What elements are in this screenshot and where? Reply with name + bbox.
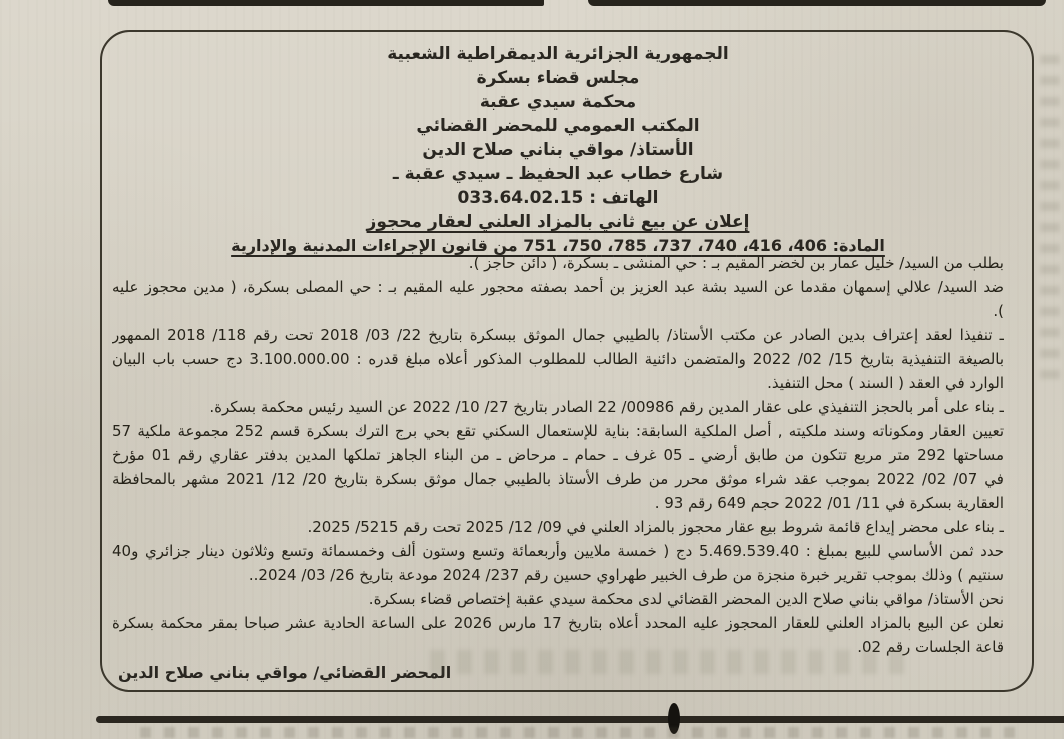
signature: المحضر القضائي/ مواقي بناني صلاح الدين	[112, 661, 1004, 685]
print-bleed-bottom	[140, 727, 1020, 738]
column-rule	[96, 716, 1064, 723]
adjacent-ad-border-left	[108, 0, 544, 6]
body-line: العقارية بسكرة في 11/ 01/ 2022 حجم 649 ر…	[112, 491, 1004, 515]
court-header: الجمهورية الجزائرية الديمقراطية الشعبية …	[112, 42, 1004, 210]
notice-body: بطلب من السيد/ خليل عمار بن لخضر المقيم …	[112, 251, 1004, 659]
ink-blot	[668, 703, 680, 734]
body-line: نحن الأستاذ/ مواقي بناني صلاح الدين المح…	[112, 587, 1004, 611]
print-bleed-right-margin	[1040, 55, 1060, 385]
legal-notice-frame: الجمهورية الجزائرية الديمقراطية الشعبية …	[100, 30, 1034, 692]
newspaper-scan-page: الجمهورية الجزائرية الديمقراطية الشعبية …	[0, 0, 1064, 739]
header-line-phone: الهاتف : 033.64.02.15	[112, 186, 1004, 210]
body-line: ).	[112, 299, 1004, 323]
header-line-address: شارع خطاب عبد الحفيظ ـ سيدي عقبة ـ	[112, 162, 1004, 186]
body-line: ـ تنفيذا لعقد إعتراف بدين الصادر عن مكتب…	[112, 323, 1004, 347]
body-line: مساحتها 292 متر مربع تتكون من طابق أرضي …	[112, 443, 1004, 467]
body-line: ـ بناء على أمر بالحجز التنفيذي على عقار …	[112, 395, 1004, 419]
body-line: قاعة الجلسات رقم 02.	[112, 635, 1004, 659]
header-line-bailiff: الأستاذ/ مواقي بناني صلاح الدين	[112, 138, 1004, 162]
header-line-office: المكتب العمومي للمحضر القضائي	[112, 114, 1004, 138]
body-line: تعيين العقار ومكوناته وسند ملكيته , أصل …	[112, 419, 1004, 443]
body-line: حدد ثمن الأساسي للبيع بمبلغ : 5.469.539.…	[112, 539, 1004, 563]
header-line-court: محكمة سيدي عقبة	[112, 90, 1004, 114]
body-line: سنتيم ) وذلك بموجب تقرير خبرة منجزة من ط…	[112, 563, 1004, 587]
body-line: ـ بناء على محضر إيداع قائمة شروط بيع عقا…	[112, 515, 1004, 539]
body-line: بالصيغة التنفيذية بتاريخ 15/ 02/ 2022 وا…	[112, 347, 1004, 371]
header-line-council: مجلس قضاء بسكرة	[112, 66, 1004, 90]
body-line: الوارد في العقد ( السند ) محل التنفيذ.	[112, 371, 1004, 395]
body-line: نعلن عن البيع بالمزاد العلني للعقار المح…	[112, 611, 1004, 635]
body-line: ضد السيد/ علالي إسمهان مقدما عن السيد بش…	[112, 275, 1004, 299]
adjacent-ad-border-right	[588, 0, 1046, 6]
header-line-republic: الجمهورية الجزائرية الديمقراطية الشعبية	[112, 42, 1004, 66]
notice-title: إعلان عن بيع ثاني بالمزاد العلني لعقار م…	[112, 210, 1004, 234]
body-line: في 07/ 02/ 2022 بموجب عقد شراء موثق محرر…	[112, 467, 1004, 491]
notice-content: الجمهورية الجزائرية الديمقراطية الشعبية …	[102, 32, 1032, 690]
